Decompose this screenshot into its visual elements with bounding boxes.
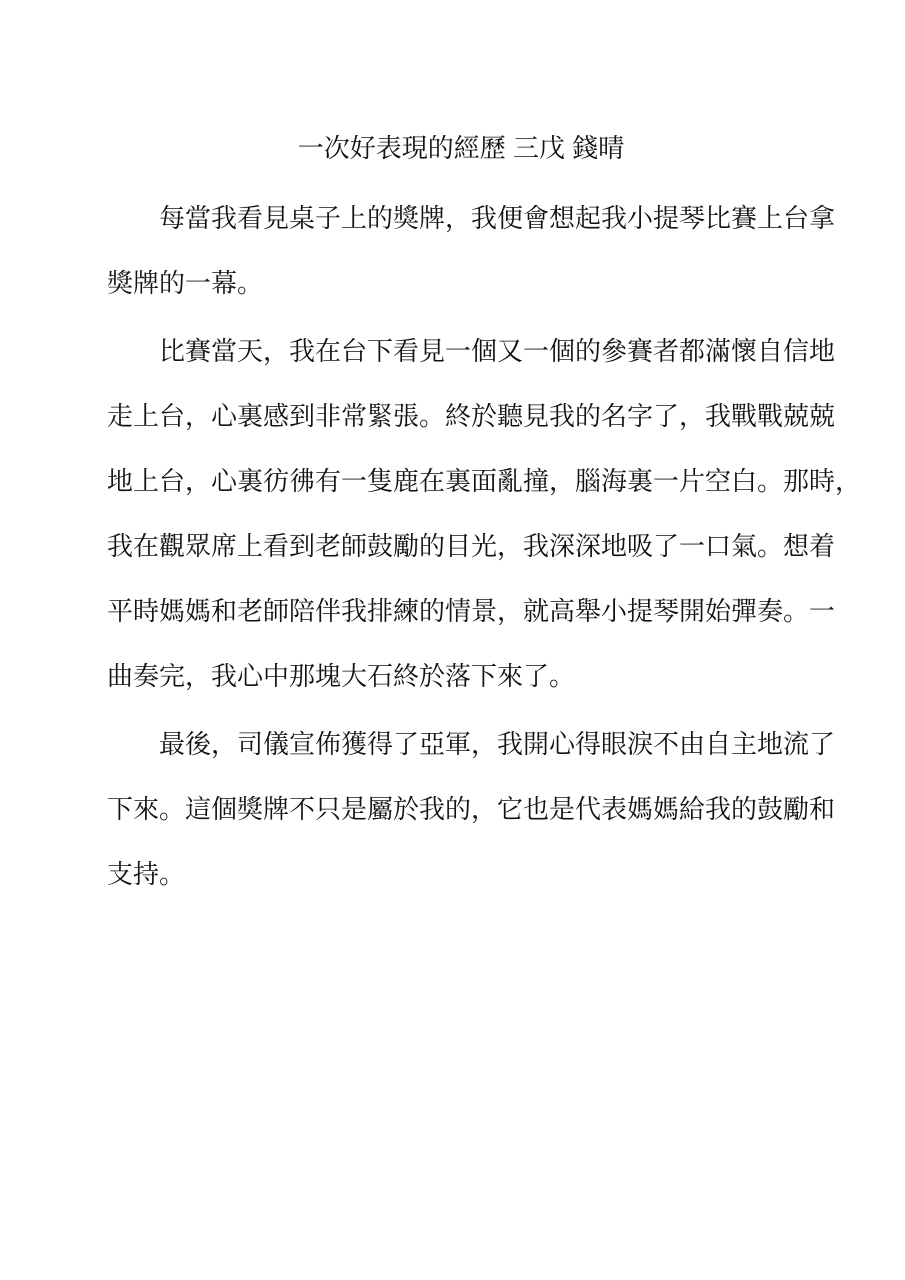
essay-paragraph-3-line-3: 支持。 bbox=[107, 842, 815, 907]
essay-paragraph-1-line-1: 每當我看見桌子上的獎牌，我便會想起我小提琴比賽上台拿 bbox=[107, 186, 815, 251]
essay-paragraph-3-line-1: 最後，司儀宣佈獲得了亞軍，我開心得眼淚不由自主地流了 bbox=[107, 712, 815, 777]
essay-paragraph-3-line-2: 下來。這個獎牌不只是屬於我的，它也是代表媽媽給我的鼓勵和 bbox=[107, 777, 815, 842]
essay-paragraph-2-line-4: 我在觀眾席上看到老師鼓勵的目光，我深深地吸了一口氣。想着 bbox=[107, 514, 815, 579]
essay-paragraph-2-line-2: 走上台，心裏感到非常緊張。終於聽見我的名字了，我戰戰兢兢 bbox=[107, 384, 815, 449]
essay-paragraph-2-line-5: 平時媽媽和老師陪伴我排練的情景，就高舉小提琴開始彈奏。一 bbox=[107, 579, 815, 644]
essay-paragraph-2-line-3: 地上台，心裏彷彿有一隻鹿在裏面亂撞，腦海裏一片空白。那時， bbox=[107, 449, 815, 514]
essay-paragraph-2-line-6: 曲奏完，我心中那塊大石終於落下來了。 bbox=[107, 644, 815, 709]
essay-title: 一次好表現的經歷 三戊 錢晴 bbox=[107, 116, 815, 181]
essay-paragraph-1-line-2: 獎牌的一幕。 bbox=[107, 251, 815, 316]
document-page: 一次好表現的經歷 三戊 錢晴 每當我看見桌子上的獎牌，我便會想起我小提琴比賽上台… bbox=[0, 0, 905, 1280]
essay-paragraph-2-line-1: 比賽當天，我在台下看見一個又一個的參賽者都滿懷自信地 bbox=[107, 319, 815, 384]
